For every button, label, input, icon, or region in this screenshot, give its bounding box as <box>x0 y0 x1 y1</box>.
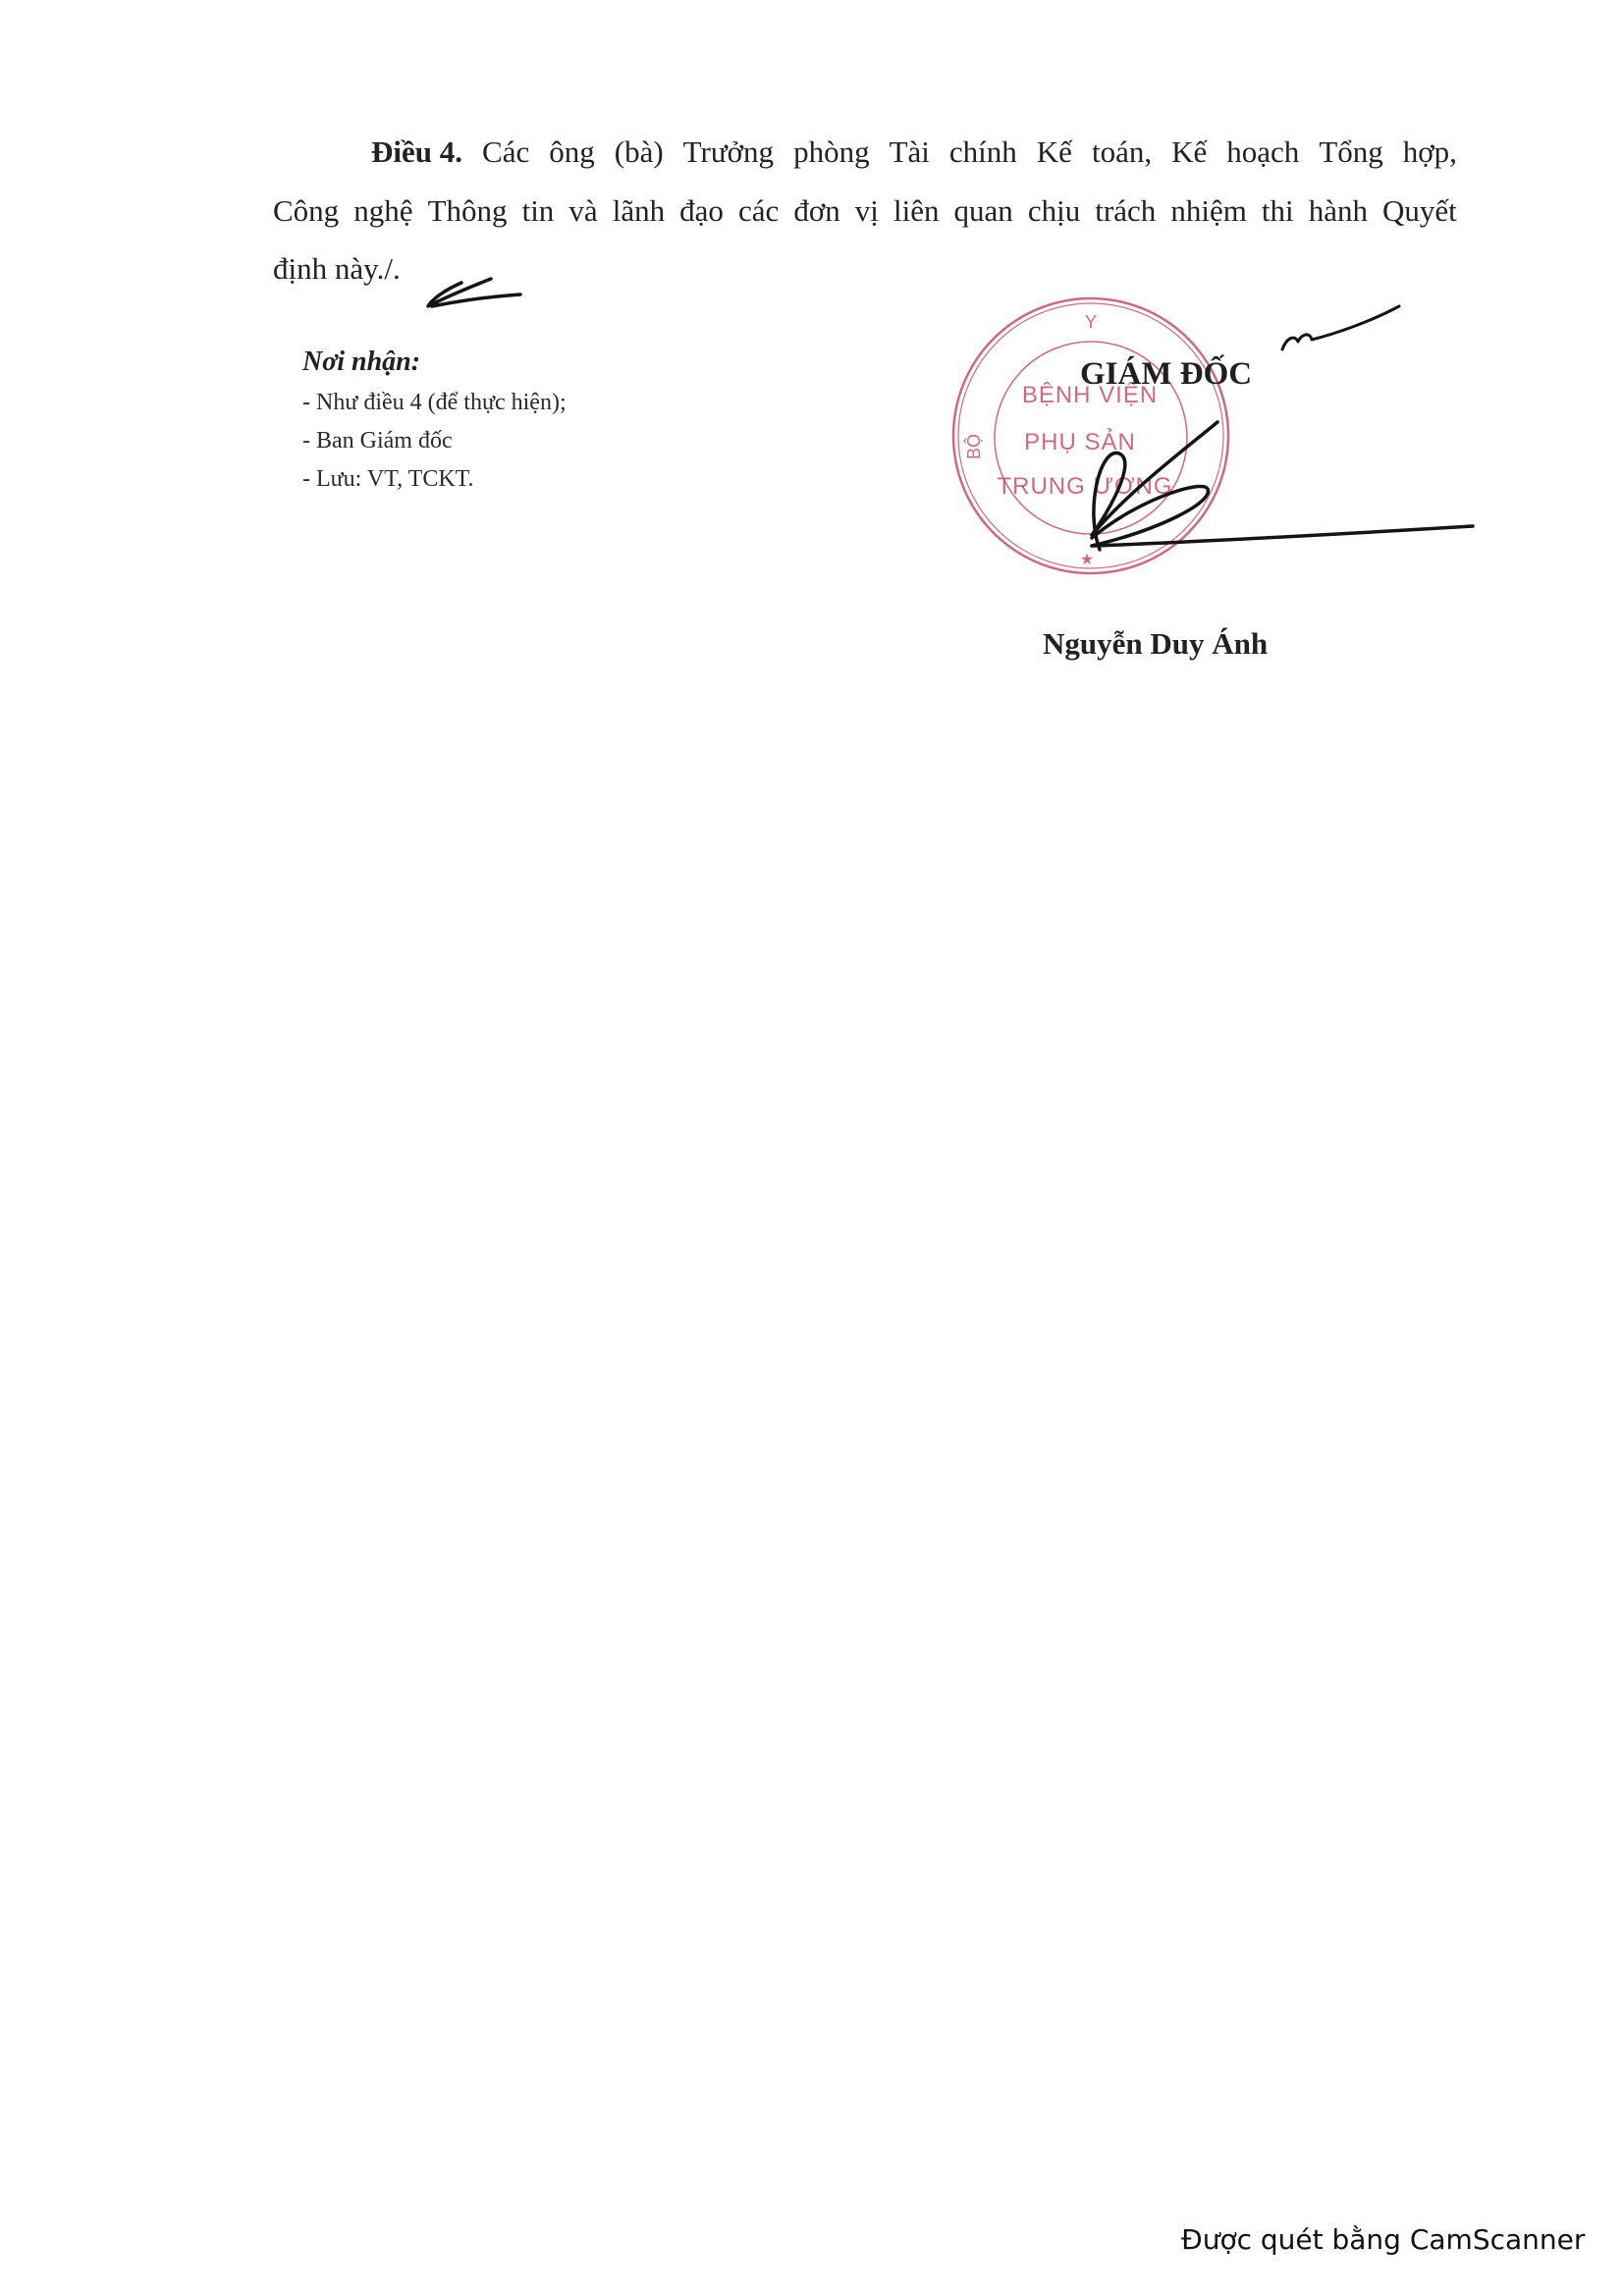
article-word: lãnh <box>613 193 665 229</box>
article-word: trách <box>1095 193 1156 229</box>
stamp-top-text: Y <box>1085 312 1097 332</box>
handwritten-signature <box>0 0 1623 687</box>
article-word: (bà) <box>615 134 664 170</box>
recipient-item: - Lưu: VT, TCKT. <box>302 460 567 499</box>
article-word: toán, <box>1092 134 1152 170</box>
article-word: hành <box>1309 193 1368 229</box>
article-word: Tài <box>890 134 930 170</box>
article-line-1: Điều 4. Cácông(bà)TrưởngphòngTàichínhKết… <box>371 134 1457 170</box>
article-word: hoạch <box>1226 134 1299 170</box>
article-word: chính <box>949 134 1017 170</box>
article-word: đạo <box>679 193 724 229</box>
article-word: ông <box>549 134 595 170</box>
recipient-item: - Ban Giám đốc <box>302 422 567 460</box>
article-label: Điều 4. <box>371 134 462 170</box>
article-word: Thông <box>428 193 508 229</box>
stamp-left-text: BỘ <box>963 434 984 459</box>
article-word: nhiệm <box>1170 193 1247 229</box>
stamp-star-icon: ★ <box>1080 552 1094 568</box>
article-word: vị <box>855 193 879 229</box>
article-word: Kế <box>1171 134 1207 170</box>
stamp-line-2: PHỤ SẢN <box>1024 427 1136 455</box>
camscanner-watermark: Được quét bằng CamScanner <box>1181 2223 1585 2256</box>
article-word: và <box>568 193 597 229</box>
signer-name: Nguyễn Duy Ánh <box>1043 626 1268 662</box>
article-word: Công <box>273 193 339 229</box>
article-word: Tổng <box>1319 134 1382 170</box>
article-word: chịu <box>1028 193 1080 229</box>
stamp-line-3: TRUNG ƯƠNG <box>997 473 1172 500</box>
article-line-2: CôngnghệThôngtinvàlãnhđạocácđơnvịliênqua… <box>273 193 1457 229</box>
article-word: Kế <box>1037 134 1072 170</box>
article-word: Trưởng <box>683 134 774 170</box>
article-word: Quyết <box>1382 193 1457 229</box>
article-word: tin <box>522 193 555 229</box>
article-word: đơn <box>793 193 839 229</box>
article-word: các <box>738 193 779 229</box>
article-word: quan <box>954 193 1013 229</box>
signature-title: GIÁM ĐỐC <box>1080 356 1252 393</box>
article-word: phòng <box>793 134 870 170</box>
article-word: liên <box>893 193 940 229</box>
recipients-block: Nơi nhận: - Như điều 4 (để thực hiện); -… <box>302 347 567 499</box>
article-word: thi <box>1262 193 1294 229</box>
article-word: hợp, <box>1403 134 1457 170</box>
article-line-3: định này./. <box>273 251 401 287</box>
recipients-title: Nơi nhận: <box>302 347 567 378</box>
official-stamp: Y BỘ BỆNH VIỆN PHỤ SẢN TRUNG ƯƠNG ★ <box>943 285 1237 589</box>
article-word: nghệ <box>353 193 412 229</box>
recipient-item: - Như điều 4 (để thực hiện); <box>302 384 567 422</box>
article-word: Các <box>482 134 529 170</box>
